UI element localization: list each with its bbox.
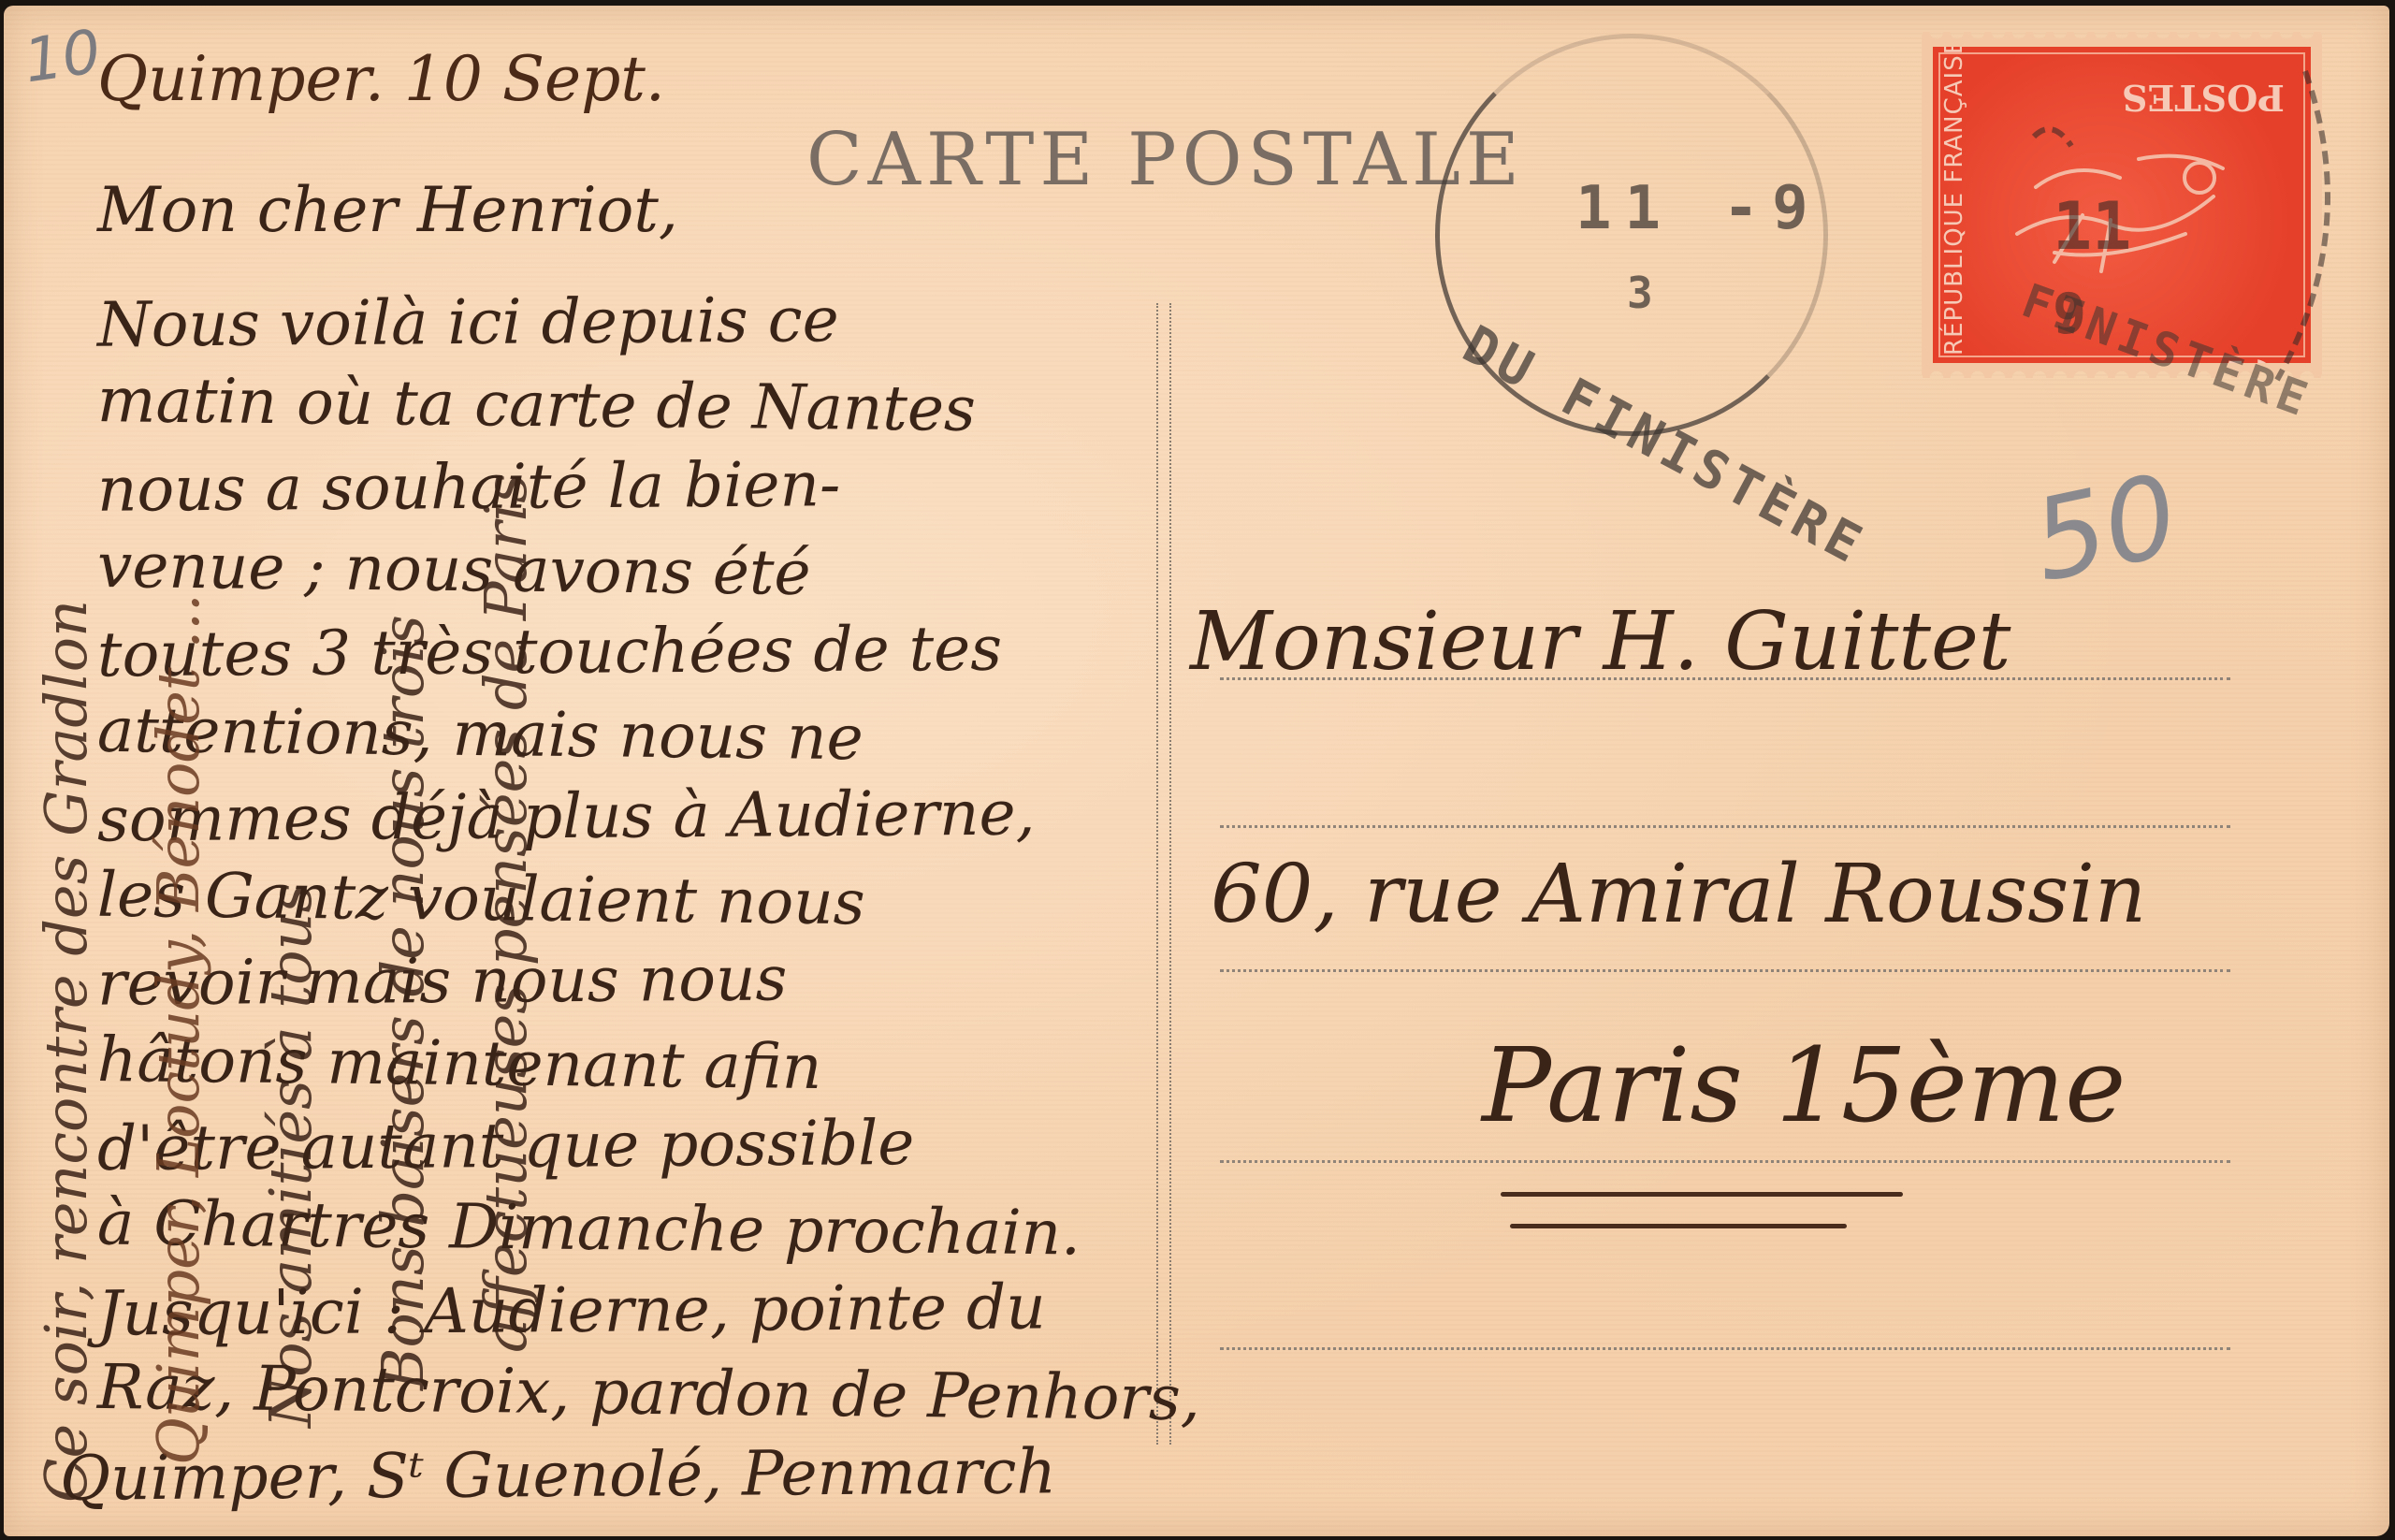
pencil-mark-top-left: 10 — [20, 18, 105, 97]
crossed-writing-line: Nos amitiés à tous — [256, 883, 325, 1428]
address-line-5 — [1220, 1347, 2230, 1350]
message-line: Jusqu'ici : Audierne, pointe du — [97, 1271, 1046, 1349]
message-place-date: Quimper. 10 Sept. — [97, 43, 665, 115]
message-line: toutes 3 très touchées de tes — [97, 613, 1003, 691]
city-underline-2 — [1510, 1224, 1847, 1228]
address-line-2 — [1220, 825, 2230, 828]
postcard-back: CARTE POSTALE 10 50 11 -9 3 DU FINISTÈRE… — [4, 6, 2389, 1536]
message-line: Nous voilà ici depuis ce — [97, 283, 839, 361]
message-line: nous a souhaité la bien- — [97, 448, 841, 526]
message-line: sommes déjà plus à Audierne, — [97, 777, 1036, 856]
postmark-year: 3 — [1627, 268, 1653, 318]
message-line: à Chartres Dimanche prochain. — [97, 1186, 1081, 1269]
address-city: Paris 15ème — [1482, 1025, 2126, 1145]
pencil-mark-right: 50 — [2022, 451, 2188, 608]
city-underline-1 — [1501, 1192, 1903, 1197]
crossed-writing-line: Ce soir, rencontre des Gradlon — [32, 600, 100, 1503]
crossed-writing-line: Bons baisers de nous trois — [369, 615, 437, 1390]
svg-text:11: 11 — [2053, 188, 2131, 265]
address-recipient: Monsieur H. Guittet — [1190, 595, 2010, 689]
crossed-writing-line: Quimper, Loctudy, Bénodet ... — [144, 593, 212, 1465]
carte-postale-heading: CARTE POSTALE — [806, 118, 1525, 202]
crossed-writing-line: affectueuses pensées de Paris — [472, 473, 540, 1353]
message-salutation: Mon cher Henriot, — [97, 174, 678, 246]
address-line-4 — [1220, 1160, 2230, 1163]
center-divider — [1156, 303, 1171, 1445]
address-street: 60, rue Amiral Roussin — [1211, 848, 2146, 941]
postmark-date: 11 -9 — [1575, 174, 1822, 243]
message-line: matin où ta carte de Nantes — [97, 364, 977, 445]
address-line-3 — [1220, 969, 2230, 972]
